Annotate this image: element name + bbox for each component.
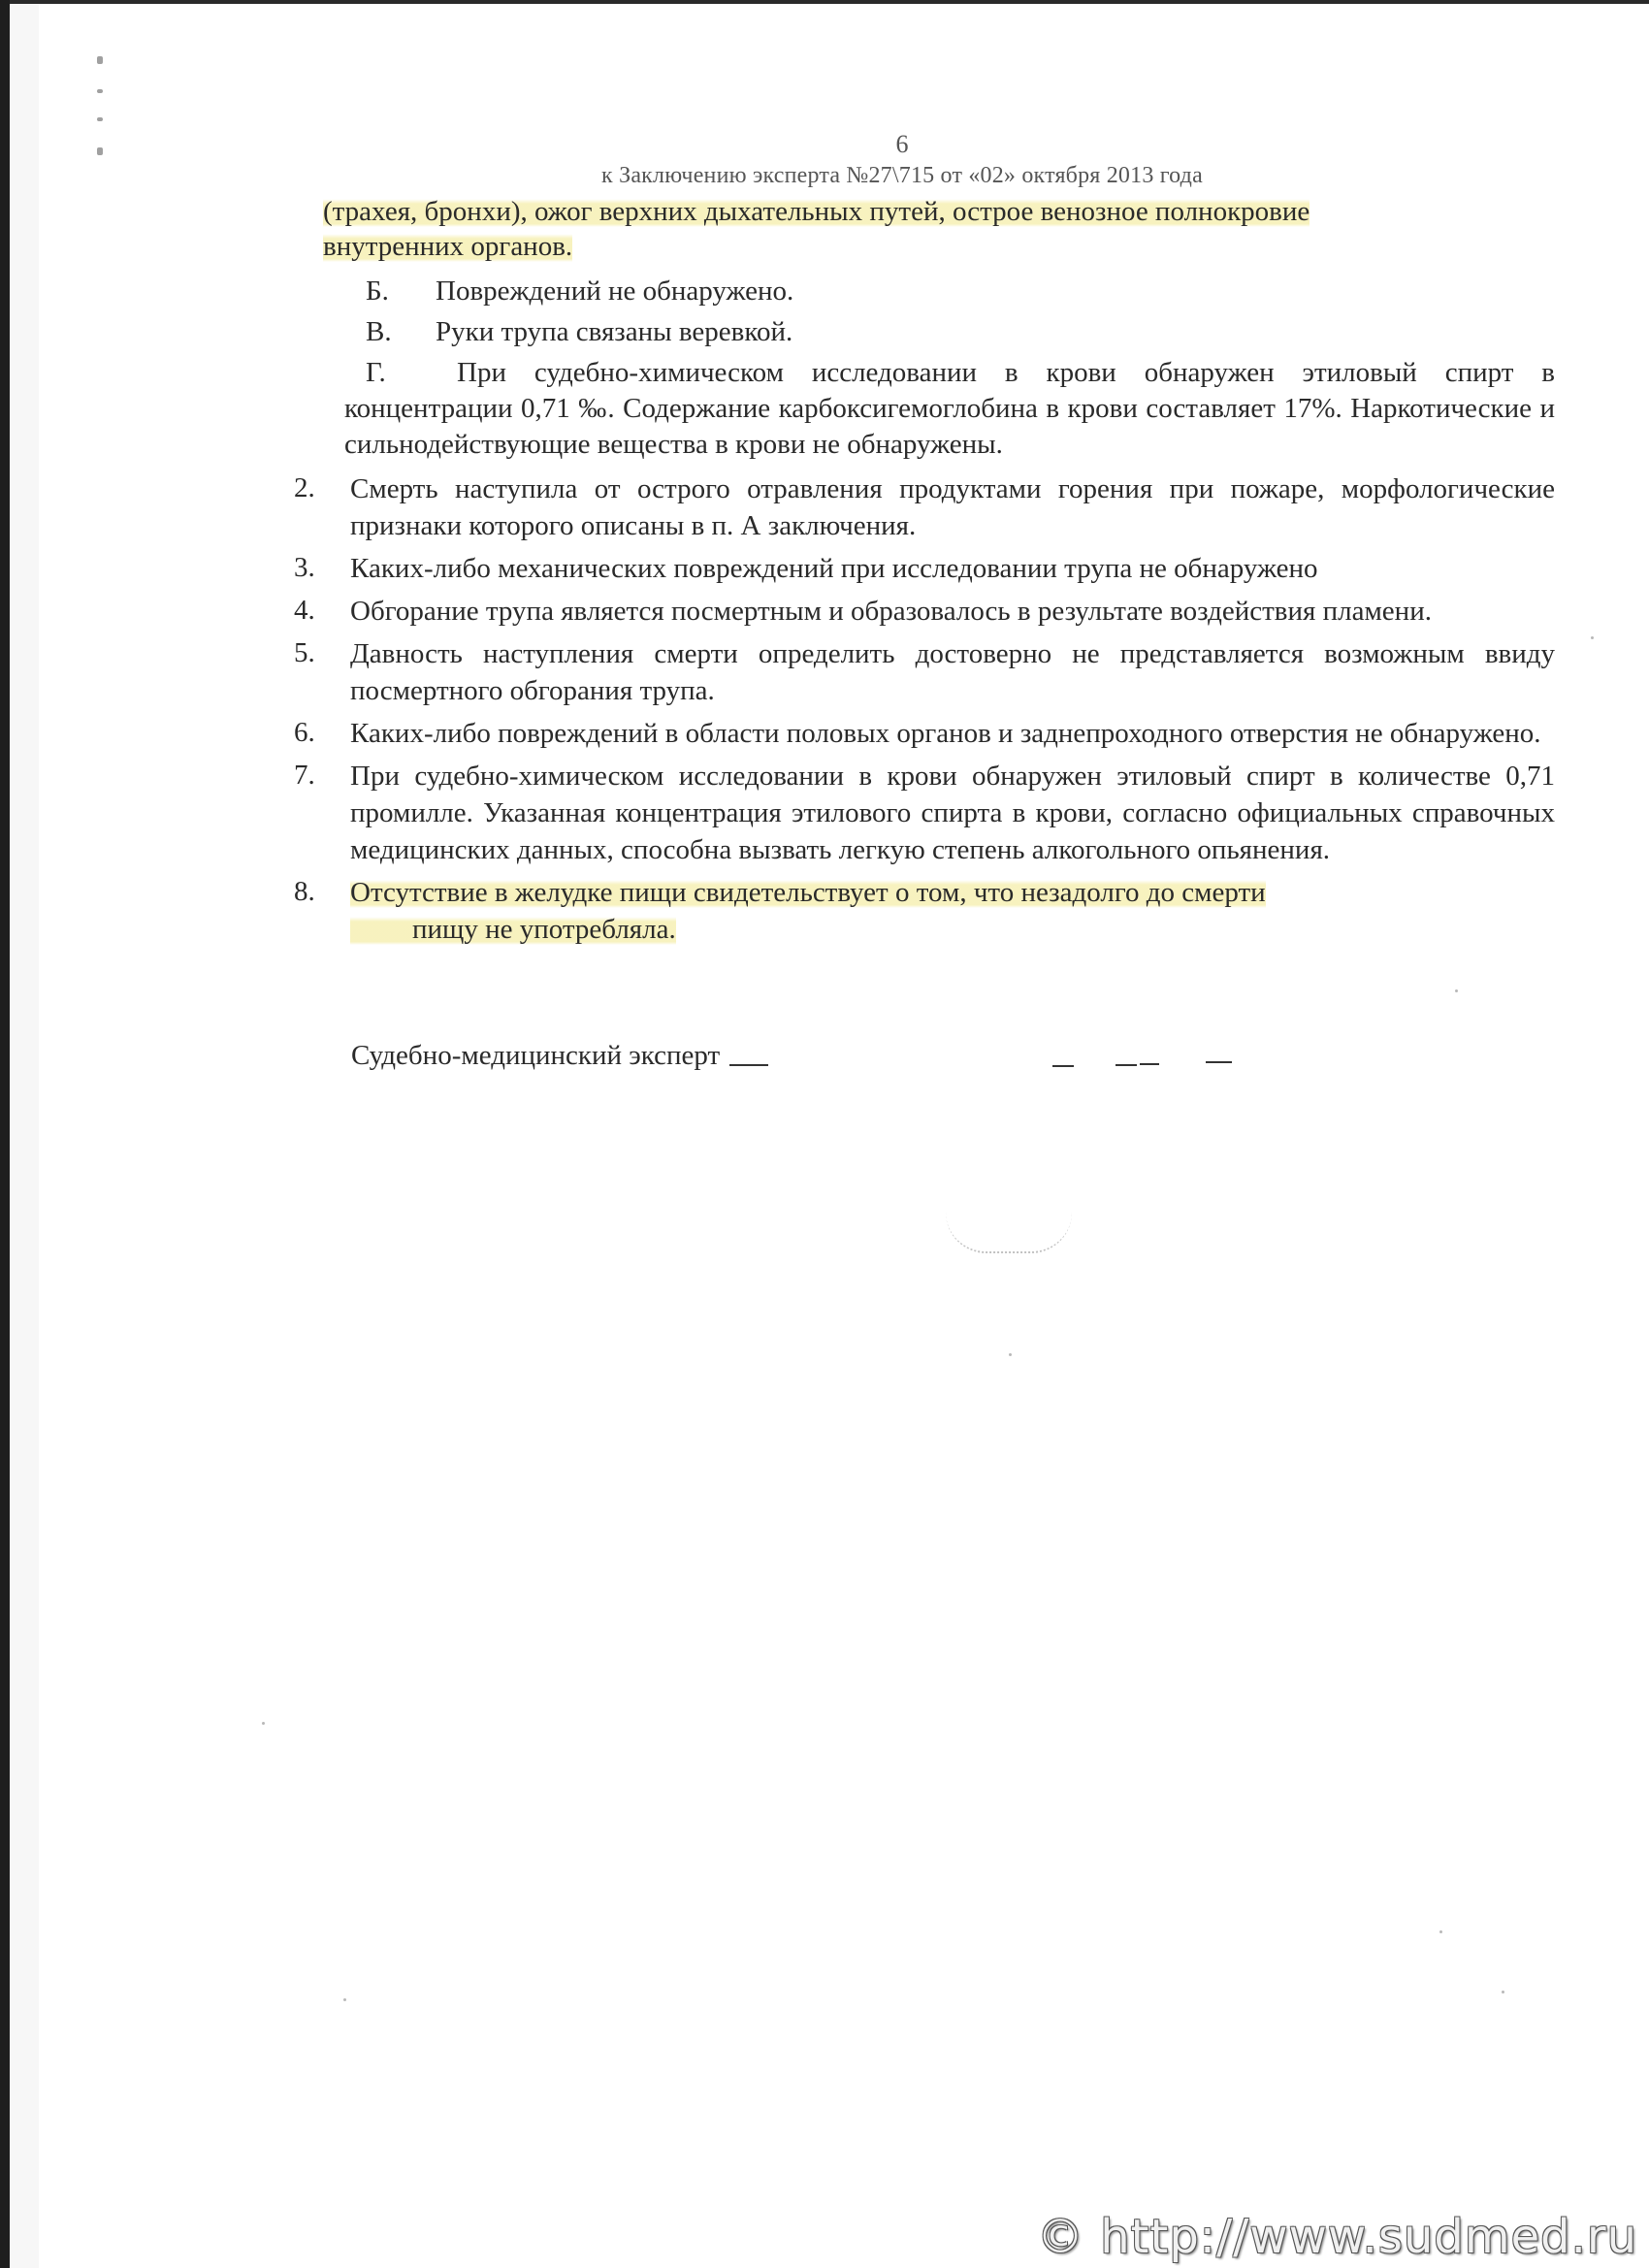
scan-margin-strip (10, 4, 39, 2268)
signature-stroke (1115, 1064, 1137, 1066)
conclusion-number: 5. (294, 635, 350, 709)
scan-border-left (0, 0, 10, 2268)
conclusion-item-5: 5. Давность наступления смерти определит… (323, 635, 1555, 709)
conclusion-item-7: 7. При судебно-химическом исследовании в… (323, 758, 1555, 868)
conclusion-number: 4. (294, 593, 350, 630)
document-body: (трахея, бронхи), ожог верхних дыхательн… (323, 194, 1555, 948)
scan-border-top (0, 0, 1649, 4)
conclusion-item-3: 3. Каких-либо механических повреждений п… (323, 550, 1555, 587)
conclusion-text: Обгорание трупа является посмертным и об… (350, 593, 1555, 630)
signature-block: Судебно-медицинский эксперт (351, 1040, 768, 1072)
conclusion-item-6: 6. Каких-либо повреждений в области поло… (323, 715, 1555, 752)
signature-stroke (1052, 1065, 1074, 1067)
binding-hole-mark (97, 117, 103, 121)
binding-hole-mark (97, 89, 103, 93)
highlighted-text: (трахея, бронхи), ожог верхних дыхательн… (323, 196, 1309, 227)
highlighted-text-tail: пищу не употребляла. (412, 914, 676, 945)
conclusion-number: 8. (294, 874, 350, 948)
conclusion-text: При судебно-химическом исследовании в кр… (350, 758, 1555, 868)
signature-line (729, 1064, 768, 1066)
conclusion-text: Каких-либо повреждений в области половых… (350, 715, 1555, 752)
signature-label: Судебно-медицинский эксперт (351, 1040, 720, 1071)
scan-speck (1502, 1991, 1504, 1993)
sub-item-g: Г.При судебно-химическом исследовании в … (323, 355, 1555, 463)
document-header-reference: к Заключению эксперта №27\715 от «02» ок… (0, 163, 1649, 189)
sub-item-text: Повреждений не обнаружено. (436, 274, 1555, 308)
conclusion-number: 6. (294, 715, 350, 752)
continuation-paragraph: (трахея, бронхи), ожог верхних дыхательн… (323, 194, 1555, 264)
conclusion-item-4: 4. Обгорание трупа является посмертным и… (323, 593, 1555, 630)
scan-speck (1591, 636, 1594, 639)
binding-hole-mark (97, 56, 103, 64)
conclusion-number: 3. (294, 550, 350, 587)
sub-item-letter: Б. (366, 274, 436, 308)
sub-item-text: Руки трупа связаны веревкой. (436, 314, 1555, 349)
sub-item-b: Б. Повреждений не обнаружено. (323, 274, 1555, 308)
signature-stroke (1206, 1061, 1232, 1063)
conclusion-number: 2. (294, 470, 350, 544)
scan-speck (1455, 989, 1458, 992)
faded-stamp-mark (946, 1213, 1072, 1253)
conclusion-item-2: 2. Смерть наступила от острого отравлени… (323, 470, 1555, 544)
highlighted-text: внутренних органов. (323, 231, 572, 262)
sub-item-text: При судебно-химическом исследовании в кр… (344, 357, 1555, 460)
conclusions-list: 2. Смерть наступила от острого отравлени… (323, 470, 1555, 948)
highlighted-text: пищу не употребляла. (350, 914, 676, 945)
conclusion-text: Давность наступления смерти определить д… (350, 635, 1555, 709)
site-watermark: © http://www.sudmed.ru (1037, 2210, 1637, 2264)
scan-speck (1009, 1353, 1012, 1356)
page-number: 6 (0, 130, 1649, 159)
scan-speck (343, 1998, 346, 2001)
conclusion-text-block: Отсутствие в желудке пищи свидетельствуе… (350, 874, 1555, 948)
sub-item-v: В. Руки трупа связаны веревкой. (323, 314, 1555, 349)
signature-stroke (1140, 1063, 1159, 1065)
conclusion-number: 7. (294, 758, 350, 868)
sub-item-letter: В. (366, 314, 436, 349)
sub-item-letter: Г. (344, 355, 457, 391)
highlighted-text: Отсутствие в желудке пищи свидетельствуе… (350, 877, 1266, 908)
conclusion-item-8: 8. Отсутствие в желудке пищи свидетельст… (323, 874, 1555, 948)
scan-speck (262, 1722, 265, 1725)
scan-speck (1439, 1930, 1442, 1933)
conclusion-text: Смерть наступила от острого отравления п… (350, 470, 1555, 544)
conclusion-text: Каких-либо механических повреждений при … (350, 550, 1555, 587)
